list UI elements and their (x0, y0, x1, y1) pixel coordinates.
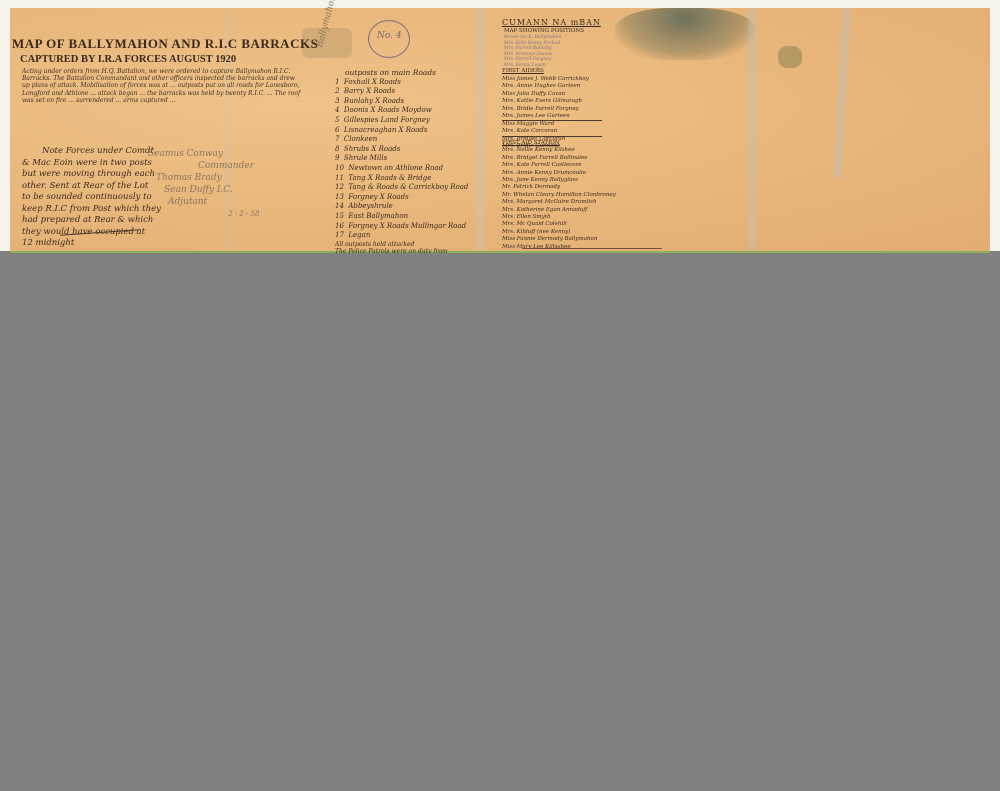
name-item: Mrs. Kilduff (nee Kenny) (502, 229, 616, 236)
note-line: but were moving through each (22, 169, 161, 181)
outpost-item: 7 Clonkeen (335, 135, 468, 145)
outpost-item: 2 Barry X Roads (335, 87, 468, 97)
outpost-item: 3 Bunlahy X Roads (335, 97, 468, 107)
drip-2 (834, 8, 851, 178)
note-line: other. Sent at Rear of the Lot (22, 181, 161, 193)
note-line: had prepared at Rear & which (22, 215, 161, 227)
outpost-item: 17 Legan (335, 231, 468, 241)
document-title: MAP OF BALLYMAHON AND R.I.C BARRACKS (12, 36, 318, 52)
narrative-paragraph: Acting under orders from H.Q. Battalion,… (22, 68, 302, 140)
note-line: keep R.I.C from Post which they (22, 204, 161, 216)
name-item: Mrs. Bridget Farrell Ballinalee (502, 155, 616, 162)
outpost-item: 14 Abbeyshrule (335, 202, 468, 212)
signature-name: Sean Duffy I.C. (148, 184, 259, 196)
name-item: Mrs. Bridie Farrell Forgney (502, 106, 589, 114)
signature-block: Seamus Conway Commander Thomas Brady Sea… (148, 148, 259, 220)
note-heading: Note Forces under Comdt. (22, 146, 161, 158)
note-line: to be sounded continuously to (22, 192, 161, 204)
names-list-2: FIRST AID STATION Mrs. Nellie Kenny Kils… (502, 140, 616, 251)
outpost-item: 5 Gillespies Land Forgney (335, 116, 468, 126)
outpost-item: 1 Foxhall X Roads (335, 78, 468, 88)
outposts-list: outposts on main Roads 1 Foxhall X Roads… (335, 68, 468, 262)
outpost-item: 12 Tang & Roads & Carrickboy Road (335, 183, 468, 193)
name-item: Mrs. Mc Quaid Colehill (502, 221, 616, 228)
drip-1 (748, 8, 756, 251)
section-heading: FIRST AID STATION (502, 140, 616, 147)
section-heading: FIRST AIDERS (502, 68, 589, 76)
companies-heading: CUMANN NA mBAN (502, 18, 601, 27)
signature-role: Commander (148, 160, 259, 172)
pencil-names-list: Bessie mc E. Ballymahon Mrs. Kate Kenny … (504, 35, 561, 69)
name-item: Mrs. Annie Hughes Gurteen (502, 83, 589, 91)
outpost-item: 4 Doonis X Roads Moydow (335, 106, 468, 116)
name-item: Mrs. Nellie Kenny Kilshee (502, 147, 616, 154)
note-left: Note Forces under Comdt. & Mac Eoin were… (22, 146, 161, 250)
name-item: Miss Julia Duffy Cavan (502, 91, 589, 99)
pencil-name: Bessie mc E. Ballymahon (504, 35, 561, 41)
empty-gray-area (0, 253, 1000, 791)
drip-3 (475, 8, 485, 251)
name-item: Mr. Patrick Dermody (502, 184, 616, 191)
name-item: Mr. Whelan Cleary Hamilton Clonbroney (502, 192, 616, 199)
section-rule (502, 120, 602, 121)
name-item: Mrs. Jane Kenny Ballyglass (502, 177, 616, 184)
outpost-item: 9 Shrule Mills (335, 154, 468, 164)
signature-role: Adjutant (148, 196, 259, 208)
document-sheet: MAP OF BALLYMAHON AND R.I.C BARRACKS CAP… (10, 8, 990, 253)
outpost-item: 16 Forgney X Roads Mullingar Road (335, 222, 468, 232)
outpost-item: 8 Shrubs X Roads (335, 145, 468, 155)
signature-name: Thomas Brady (148, 172, 259, 184)
outpost-item: 13 Forgney X Roads (335, 193, 468, 203)
water-stain-top (615, 8, 755, 60)
name-item: Mrs. Katherine Egan Annaduff (502, 207, 616, 214)
name-item: Mrs. Annie Kenny Drumcoolie (502, 170, 616, 177)
outposts-footnote: All outposts held attacked (335, 241, 468, 248)
signature-name: Seamus Conway (148, 148, 259, 160)
bottom-bracket-line (522, 248, 662, 249)
name-item: Mrs. Margaret McGuire Drumlish (502, 199, 616, 206)
name-item: Mrs. Kattie Evers Gilmaragh (502, 98, 589, 106)
name-item: Mrs. Kate Farrell Castlecore (502, 162, 616, 169)
note-line: & Mac Eoin were in two posts (22, 158, 161, 170)
names-list-1: FIRST AIDERS Miss James J. Webb Carrickb… (502, 68, 589, 151)
name-item: Miss Maggie Ward (502, 121, 589, 129)
note-line: 12 midnight (22, 238, 161, 250)
name-item: Miss Fannie Dermody Ballymahon (502, 236, 616, 243)
outpost-item: 15 East Ballymahon (335, 212, 468, 222)
outposts-heading: outposts on main Roads (335, 68, 468, 78)
pencil-annotation-number: No. 4 (377, 31, 402, 41)
outpost-item: 11 Tang X Roads & Bridge (335, 174, 468, 184)
name-item: Mrs. Ellen Smyth (502, 214, 616, 221)
name-item: Miss James J. Webb Carrickboy (502, 76, 589, 84)
name-item: Mrs. Kate Corcoran (502, 128, 589, 136)
document-subtitle: CAPTURED BY I.R.A FORCES AUGUST 1920 (20, 54, 236, 65)
water-stain-small (778, 46, 802, 68)
outpost-item: 6 Lisnacreaghan X Roads (335, 126, 468, 136)
signature-date: 2 - 2 - 58 (148, 208, 259, 220)
circled-annotation: No. 4 (368, 20, 410, 58)
companies-subheading: MAP SHOWING POSITIONS (504, 28, 584, 34)
section-rule (502, 136, 602, 137)
outpost-item: 10 Newtown on Athlone Road (335, 164, 468, 174)
